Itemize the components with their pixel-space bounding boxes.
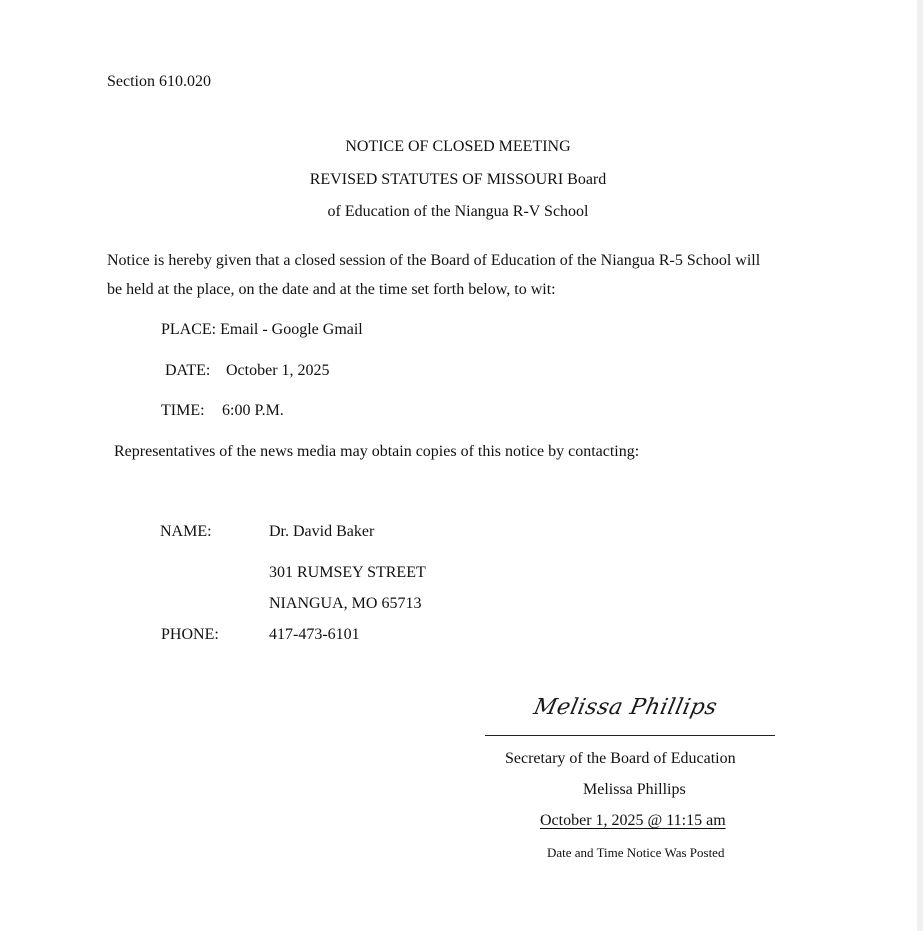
handwritten-signature: Melissa Phillips: [532, 697, 719, 719]
contact-name-value: Dr. David Baker: [269, 524, 374, 540]
contact-address-line-2: NIANGUA, MO 65713: [269, 596, 421, 612]
viewer-edge-scroll-area[interactable]: [917, 0, 923, 931]
contact-name-label: NAME:: [160, 524, 212, 540]
document-page: Section 610.020 NOTICE OF CLOSED MEETING…: [0, 0, 917, 931]
notice-body-line-2: be held at the place, on the date and at…: [107, 282, 556, 298]
meeting-time-label: TIME:: [161, 403, 205, 419]
signer-title: Secretary of the Board of Education: [505, 751, 736, 767]
notice-title: NOTICE OF CLOSED MEETING: [107, 139, 809, 155]
meeting-place: PLACE: Email - Google Gmail: [161, 322, 363, 338]
signature-line: [485, 735, 775, 736]
contact-phone-label: PHONE:: [161, 627, 219, 643]
notice-subtitle-line-2: of Education of the Niangua R-V School: [107, 204, 809, 220]
contact-address-line-1: 301 RUMSEY STREET: [269, 565, 426, 581]
posted-datetime: October 1, 2025 @ 11:15 am: [540, 813, 726, 829]
contact-phone-value: 417-473-6101: [269, 627, 360, 643]
notice-body-line-1: Notice is hereby given that a closed ses…: [107, 253, 760, 269]
meeting-time-value: 6:00 P.M.: [222, 403, 284, 419]
notice-subtitle-line-1: REVISED STATUTES OF MISSOURI Board: [107, 172, 809, 188]
meeting-date-value: October 1, 2025: [226, 363, 330, 379]
media-contact-intro: Representatives of the news media may ob…: [114, 444, 639, 460]
section-number: Section 610.020: [107, 74, 211, 90]
signer-name: Melissa Phillips: [583, 782, 686, 798]
meeting-date-label: DATE:: [165, 363, 210, 379]
posted-datetime-caption: Date and Time Notice Was Posted: [547, 846, 724, 859]
